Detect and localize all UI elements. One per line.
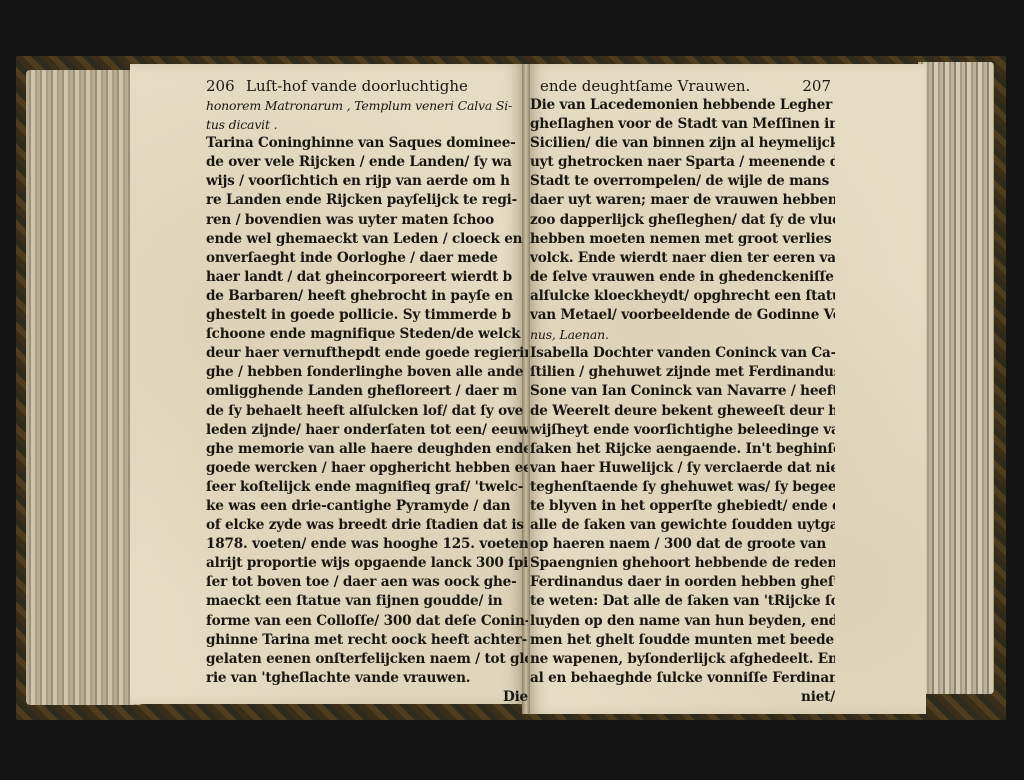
catchword: Die [206,688,528,707]
text-line: daer uyt waren; maer de vrauwen hebbenſe [530,191,835,210]
text-line: leden zijnde/ haer onderſaten tot een/ e… [206,421,528,440]
text-line: gheſlaghen voor de Stadt van Meſſinen in [530,115,835,134]
text-line: Spaengnien ghehoort hebbende de redene v… [530,554,835,573]
text-line: van haer Huwelijck / ſy verclaerde dat n… [530,459,835,478]
page-number: 207 [802,76,831,96]
text-line: gelaten eenen onſterfelijcken naem / tot… [206,650,528,669]
catchword: niet/ [530,688,835,707]
text-line: ghe memorie van alle haere deughden ende [206,440,528,459]
text-line: wijs / voorſichtich en rijp van aerde om… [206,172,528,191]
page-edges-right [918,62,994,694]
left-running-header: 206 Luſt-hof vande doorluchtighe [206,76,528,96]
text-line: Sicilien/ die van binnen zijn al heymeli… [530,134,835,153]
text-line: ghestelt in goede pollicie. Sy timmerde … [206,306,528,325]
text-line: ſchoone ende magnifique Steden/de welck [206,325,528,344]
left-text-lines: honorem Matronarum , Templum veneri Calv… [206,96,528,688]
page-edges-left [26,70,141,705]
text-line: ne wapenen, byſonderlijck afghedeelt. En… [530,650,835,669]
text-line: Stadt te overrompelen/ de wijle de mans [530,172,835,191]
text-line: ende wel ghemaeckt van Leden / cloeck en [206,230,528,249]
text-line: alle de ſaken van gewichte ſoudden uytga… [530,516,835,535]
page-number: 206 [206,76,246,96]
text-line: uyt ghetrocken naer Sparta / meenende de [530,153,835,172]
text-line: Tarina Coninghinne van Saques dominee- [206,134,528,153]
text-line: luyden op den name van hun beyden, ende … [530,612,835,631]
text-line: maeckt een ſtatue van fijnen goudde/ in [206,592,528,611]
text-line: honorem Matronarum , Templum veneri Calv… [206,96,528,115]
text-line: nus, Laenan. [530,325,835,344]
right-text-lines: Die van Lacedemonien hebbende Leghergheſ… [530,96,835,688]
text-line: Sone van Ian Coninck van Navarre / heeft [530,382,835,401]
text-line: omligghende Landen ghefloreert / daer m [206,382,528,401]
text-line: te blyven in het opperſte ghebiedt/ ende… [530,497,835,516]
text-line: re Landen ende Rijcken payſelijck te reg… [206,191,528,210]
text-line: hebben moeten nemen met groot verlies va… [530,230,835,249]
text-line: 1878. voeten/ ende was hooghe 125. voete… [206,535,528,554]
text-line: de Weerelt deure bekent gheweeſt deur ha… [530,402,835,421]
right-running-header: ende deughtſame Vrauwen. 207 [530,76,835,96]
text-line: men het ghelt ſoudde munten met beede hu… [530,631,835,650]
text-line: deur haer vernufthepdt ende goede regier… [206,344,528,363]
running-head: ende deughtſame Vrauwen. [540,76,750,96]
text-line: ſtilien / ghehuwet zijnde met Ferdinandu… [530,363,835,382]
text-line: ſer tot boven toe / daer aen was oock gh… [206,573,528,592]
text-line: Die van Lacedemonien hebbende Legher [530,96,835,115]
running-head: Luſt-hof vande doorluchtighe [246,76,468,96]
text-line: of elcke zyde was breedt drie ſtadien da… [206,516,528,535]
text-line: al en behaeghde ſulcke vonniſſe Ferdinan… [530,669,835,688]
text-line: wijſheyt ende voorſichtighe beleedinge v… [530,421,835,440]
text-line: ſeer koſtelijck ende magnifieq graf/ 'tw… [206,478,528,497]
text-line: Ferdinandus daer in oorden hebben gheſte… [530,573,835,592]
text-line: ſaken het Rijcke aengaende. In't beghinſ… [530,440,835,459]
left-page-text: 206 Luſt-hof vande doorluchtighe honorem… [206,76,528,707]
text-line: ren / bovendien was uyter maten ſchoo [206,211,528,230]
text-line: ke was een drie-cantighe Pyramyde / dan [206,497,528,516]
text-line: Isabella Dochter vanden Coninck van Ca- [530,344,835,363]
text-line: ghe / hebben ſonderlinghe boven alle and… [206,363,528,382]
text-line: de over vele Rijcken / ende Landen/ ſy w… [206,153,528,172]
text-line: haer landt / dat gheincorporeert wierdt … [206,268,528,287]
text-line: tus dicavit . [206,115,528,134]
text-line: van Metael/ voorbeeldende de Godinne Ve- [530,306,835,325]
text-line: de Barbaren/ heeft ghebrocht in payſe en [206,287,528,306]
text-line: rie van 'tgheſlachte vande vrauwen. [206,669,528,688]
text-line: alrijt proportie wijs opgaende lanck 300… [206,554,528,573]
text-line: op haeren naem / 300 dat de groote van [530,535,835,554]
text-line: forme van een Colloſſe/ 300 dat deſe Con… [206,612,528,631]
text-line: de ſelve vrauwen ende in ghedenckeniſſe … [530,268,835,287]
text-line: teghenſtaende ſy ghehuwet was/ ſy begeer… [530,478,835,497]
text-line: ghinne Tarina met recht oock heeft achte… [206,631,528,650]
text-line: goede wercken / haer opghericht hebben e… [206,459,528,478]
text-line: de ſy behaelt heeft alſulcken lof/ dat ſ… [206,402,528,421]
right-page-text: ende deughtſame Vrauwen. 207 Die van Lac… [530,76,835,707]
text-line: te weten: Dat alle de ſaken van 'tRijcke… [530,592,835,611]
text-line: onverſaeght inde Oorloghe / daer mede [206,249,528,268]
text-line: zoo dapperlijck gheſleghen/ dat ſy de vl… [530,211,835,230]
text-line: volck. Ende wierdt naer dien ter eeren v… [530,249,835,268]
text-line: alſulcke kloeckheydt/ opghrecht een ſtat… [530,287,835,306]
